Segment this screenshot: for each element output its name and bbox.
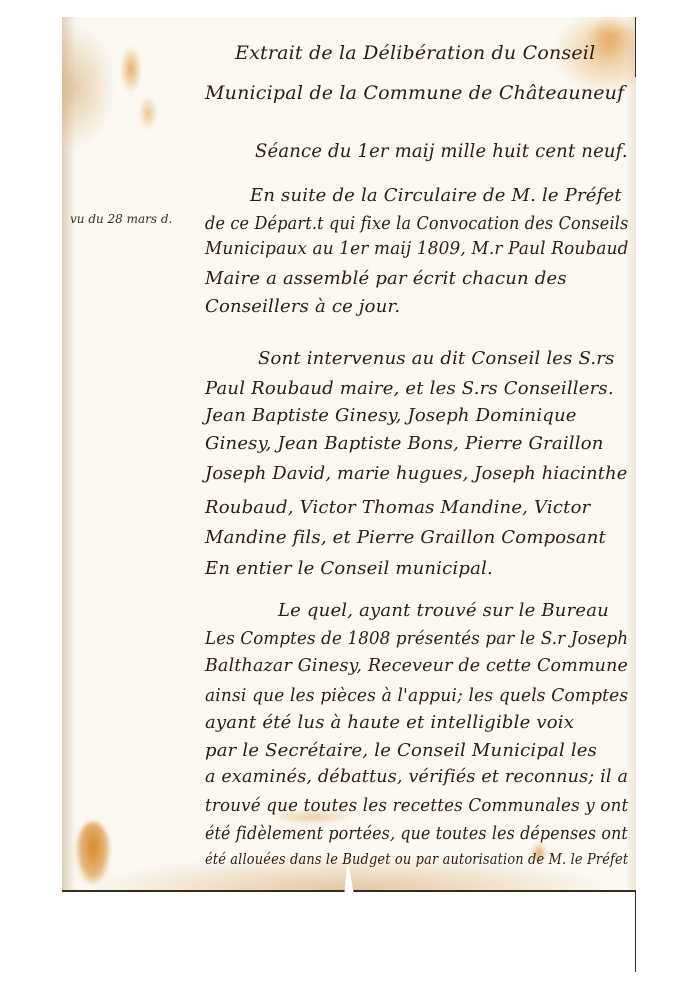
heading-line: Extrait de la Délibération du Conseil (235, 42, 595, 64)
text-line: Balthazar Ginesy, Receveur de cette Comm… (205, 655, 628, 676)
text-line: Jean Baptiste Ginesy, Joseph Dominique (205, 405, 577, 426)
text-line: Sont intervenus au dit Conseil les S.rs (258, 348, 615, 369)
text-line: ayant été lus à haute et intelligible vo… (205, 712, 574, 733)
text-line: ainsi que les pièces à l'appui; les quel… (205, 685, 628, 706)
text-line: En entier le Conseil municipal. (205, 558, 493, 579)
text-line: Les Comptes de 1808 présentés par le S.r… (205, 628, 628, 649)
text-line: trouvé que toutes les recettes Communale… (205, 795, 628, 816)
page-edge-line-top (635, 17, 636, 77)
text-line: a examinés, débattus, vérifiés et reconn… (205, 766, 628, 787)
rust-stain-bottom-left (76, 822, 110, 884)
text-line: Ginesy, Jean Baptiste Bons, Pierre Grail… (205, 433, 604, 454)
text-line: été allouées dans le Budget ou par autor… (205, 850, 628, 868)
text-line: Paul Roubaud maire, et les S.rs Conseill… (205, 378, 614, 399)
heading-line: Municipal de la Commune de Châteauneuf (205, 82, 624, 104)
text-line: Joseph David, marie hugues, Joseph hiaci… (205, 463, 627, 484)
text-line: En suite de la Circulaire de M. le Préfe… (250, 185, 622, 206)
heading-line: Séance du 1er maij mille huit cent neuf. (255, 140, 628, 162)
margin-note: vu du 28 mars d. (70, 212, 172, 226)
text-line: Mandine fils, et Pierre Graillon Composa… (205, 527, 606, 548)
text-line: par le Secrétaire, le Conseil Municipal … (205, 740, 597, 761)
text-line: Conseillers à ce jour. (205, 296, 400, 317)
text-line: de ce Départ.t qui fixe la Convocation d… (205, 213, 628, 234)
text-line: Roubaud, Victor Thomas Mandine, Victor (205, 497, 590, 518)
text-line: été fidèlement portées, que toutes les d… (205, 823, 628, 844)
text-line: Le quel, ayant trouvé sur le Bureau (278, 600, 609, 621)
text-line: Maire a assemblé par écrit chacun des (205, 268, 567, 289)
page-edge-line-bottom (635, 890, 636, 972)
text-line: Municipaux au 1er maij 1809, M.r Paul Ro… (205, 238, 629, 259)
